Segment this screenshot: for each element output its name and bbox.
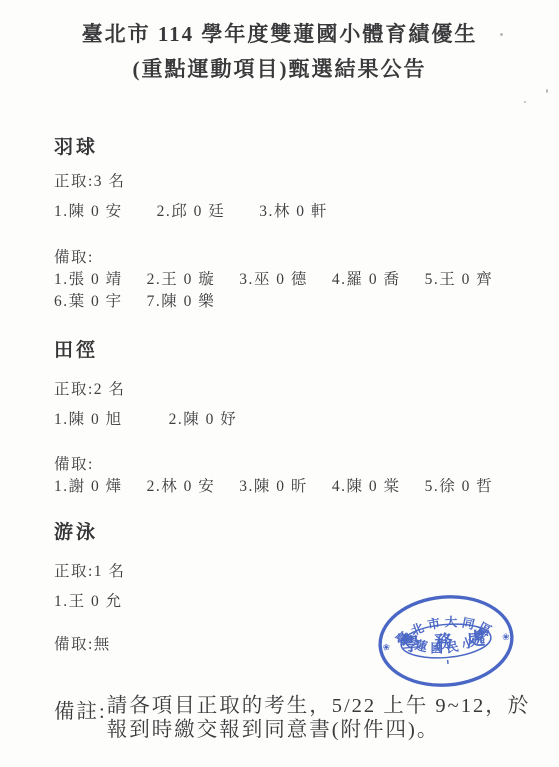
flower-icon: ❀ (502, 631, 511, 642)
waitlist-label: 備取: (54, 452, 94, 474)
waitlist-names-row: 1.張 0 靖 2.王 0 璇 3.巫 0 德 4.羅 0 喬 5.王 0 齊 (54, 267, 493, 289)
waitlist-name: 6.葉 0 宇 (54, 289, 123, 311)
seal-graphic: 臺北市大同區 雙蓮國民小學 學 務 處 ❀ ❀ (371, 587, 521, 695)
document-title-line1: 臺北市 114 學年度雙蓮國小體育績優生 (0, 18, 559, 48)
admitted-names-row: 1.陳 0 安 2.邱 0 廷 3.林 0 軒 (54, 199, 328, 221)
admitted-name: 1.王 0 允 (54, 589, 123, 611)
admitted-count-label: 正取:1 名 (54, 559, 125, 581)
waitlist-name: 3.巫 0 德 (239, 267, 308, 289)
admitted-name: 2.陳 0 妤 (169, 407, 238, 429)
section-heading-track: 田徑 (54, 335, 98, 362)
seal-outer-ring (376, 591, 515, 690)
section-heading-badminton: 羽球 (54, 132, 98, 159)
announcement-document: 臺北市 114 學年度雙蓮國小體育績優生 (重點運動項目)甄選結果公告 羽球 正… (0, 0, 559, 767)
seal-inner-ring (400, 621, 493, 662)
scan-speck (524, 101, 526, 103)
scan-speck (500, 33, 503, 36)
seal-bottom-text: 雙蓮國民小學 (397, 623, 495, 660)
waitlist-name: 5.徐 0 哲 (425, 474, 494, 496)
section-heading-swimming: 游泳 (54, 517, 98, 544)
waitlist-names-row: 1.謝 0 燁 2.林 0 安 3.陳 0 昕 4.陳 0 棠 5.徐 0 哲 (54, 474, 493, 496)
document-title-line2: (重點運動項目)甄選結果公告 (0, 53, 559, 83)
waitlist-name: 3.陳 0 昕 (239, 474, 308, 496)
admitted-name: 2.邱 0 廷 (157, 199, 226, 221)
waitlist-name: 5.王 0 齊 (425, 267, 494, 289)
waitlist-label: 備取:無 (54, 632, 111, 654)
waitlist-label: 備取: (54, 245, 94, 267)
seal-top-text: 臺北市大同區 (391, 610, 499, 649)
waitlist-name: 7.陳 0 樂 (147, 289, 216, 311)
waitlist-name: 2.林 0 安 (147, 474, 216, 496)
seal-center-text: 學 務 處 (401, 627, 490, 656)
admitted-name: 3.林 0 軒 (259, 199, 328, 221)
footnote-text: 請各項目正取的考生，5/22 上午 9~12，於 報到時繳交報到同意書(附件四)… (107, 694, 531, 742)
admitted-count-label: 正取:3 名 (54, 169, 125, 191)
admitted-names-row: 1.陳 0 旭 2.陳 0 妤 (54, 407, 237, 429)
footnote-line: 報到時繳交報到同意書(附件四)。 (107, 718, 531, 742)
admitted-count-label: 正取:2 名 (54, 377, 125, 399)
waitlist-name: 1.謝 0 燁 (54, 474, 123, 496)
flower-icon: ❀ (382, 642, 391, 653)
admitted-name: 1.陳 0 旭 (54, 407, 123, 429)
waitlist-name: 4.羅 0 喬 (332, 267, 401, 289)
waitlist-name: 4.陳 0 棠 (332, 474, 401, 496)
office-seal-stamp: 臺北市大同區 雙蓮國民小學 學 務 處 ❀ ❀ (371, 587, 521, 695)
footnote-label: 備註: (54, 694, 107, 742)
admitted-names-row: 1.王 0 允 (54, 589, 123, 611)
footnote: 備註: 請各項目正取的考生，5/22 上午 9~12，於 報到時繳交報到同意書(… (54, 694, 530, 742)
waitlist-names-row: 6.葉 0 宇 7.陳 0 樂 (54, 289, 215, 311)
admitted-name: 1.陳 0 安 (54, 199, 123, 221)
footnote-line: 請各項目正取的考生，5/22 上午 9~12，於 (107, 694, 531, 718)
waitlist-name: 1.張 0 靖 (54, 267, 123, 289)
scan-speck (546, 89, 548, 93)
waitlist-name: 2.王 0 璇 (147, 267, 216, 289)
